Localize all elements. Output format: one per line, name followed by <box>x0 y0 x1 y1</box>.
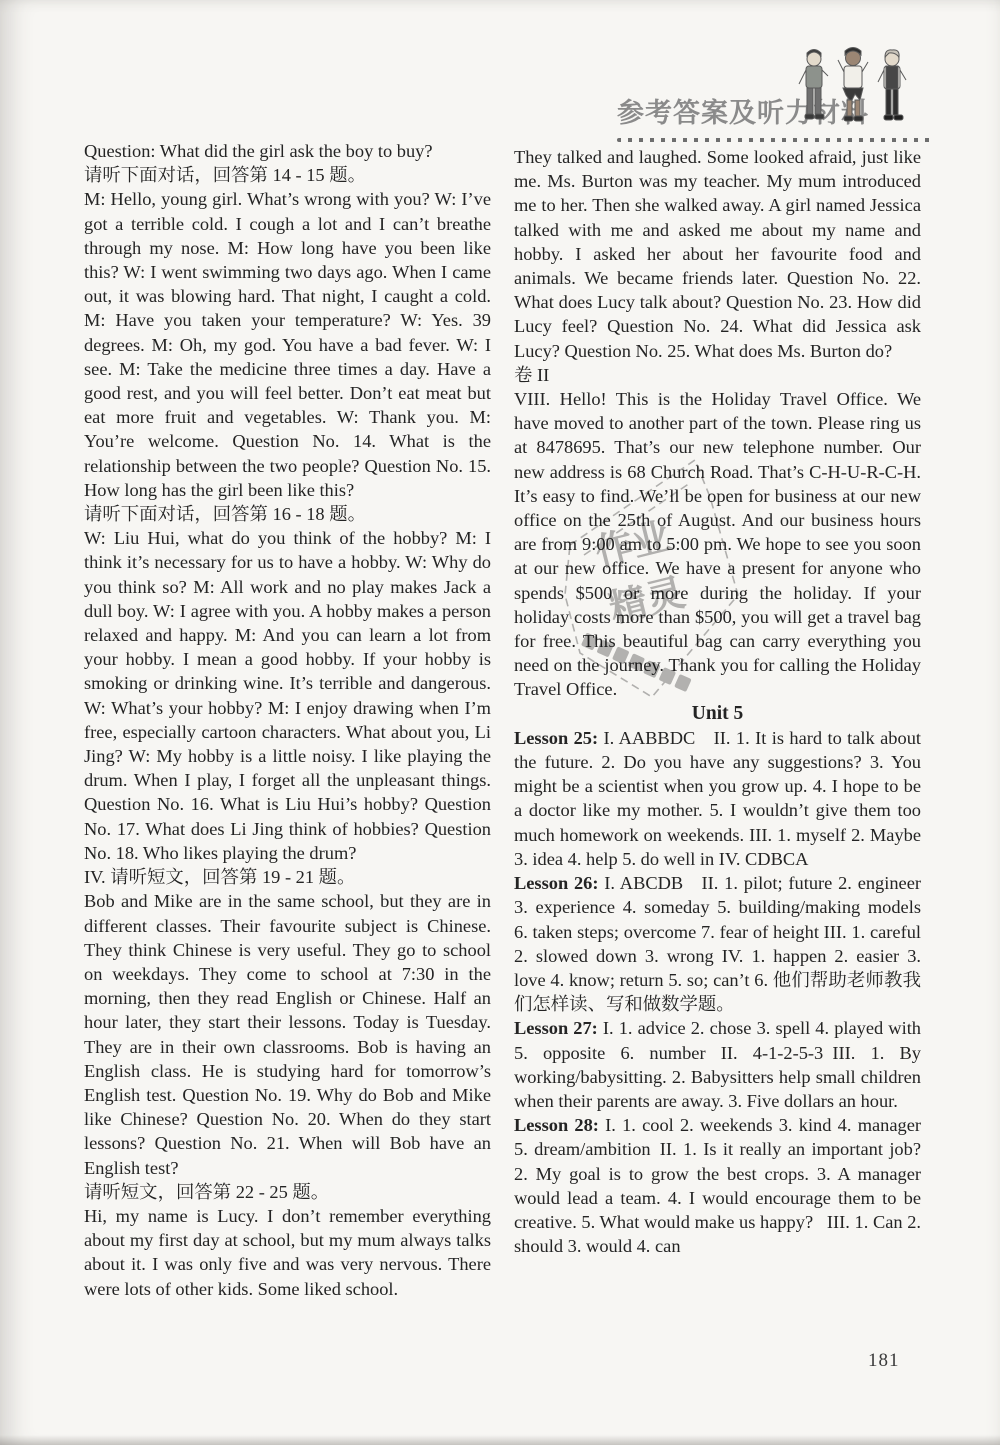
text-paragraph: IV. 请听短文，回答第 19 - 21 题。 <box>84 865 491 889</box>
text-paragraph: Lesson 28: I. 1. cool 2. weekends 3. kin… <box>514 1113 921 1258</box>
text-paragraph: Lesson 26: I. ABCDB II. 1. pilot; future… <box>514 871 921 1016</box>
text-paragraph: Lesson 25: I. AABBDC II. 1. It is hard t… <box>514 726 921 871</box>
unit-heading: Unit 5 <box>514 702 921 726</box>
students-cartoon-icon <box>794 46 912 134</box>
lesson-label: Lesson 27: <box>514 1018 598 1038</box>
text-paragraph: VIII. Hello! This is the Holiday Travel … <box>514 387 921 702</box>
text-paragraph: W: Liu Hui, what do you think of the hob… <box>84 526 491 865</box>
text-paragraph: 请听短文，回答第 22 - 25 题。 <box>84 1180 491 1204</box>
page-header: 参考答案及听力材料 <box>615 42 940 142</box>
text-paragraph: Lesson 27: I. 1. advice 2. chose 3. spel… <box>514 1016 921 1113</box>
lesson-label: Lesson 25: <box>514 728 598 748</box>
text-paragraph: 请听下面对话，回答第 16 - 18 题。 <box>84 502 491 526</box>
text-paragraph: M: Hello, young girl. What’s wrong with … <box>84 187 491 502</box>
text-paragraph: Hi, my name is Lucy. I don’t remember ev… <box>84 1204 491 1301</box>
text-paragraph: Bob and Mike are in the same school, but… <box>84 889 491 1179</box>
page-number: 181 <box>868 1350 900 1372</box>
text-paragraph: 请听下面对话，回答第 14 - 15 题。 <box>84 163 491 187</box>
text-paragraph: They talked and laughed. Some looked afr… <box>514 145 921 363</box>
right-text-column: They talked and laughed. Some looked afr… <box>514 145 921 1258</box>
dotted-divider <box>617 138 935 142</box>
lesson-label: Lesson 28: <box>514 1115 599 1135</box>
scanned-book-page: 参考答案及听力材料 <box>0 0 1000 1445</box>
left-text-column: Question: What did the girl ask the boy … <box>84 139 491 1301</box>
lesson-label: Lesson 26: <box>514 873 598 893</box>
text-paragraph: 卷 II <box>514 363 921 387</box>
text-paragraph: Question: What did the girl ask the boy … <box>84 139 491 163</box>
